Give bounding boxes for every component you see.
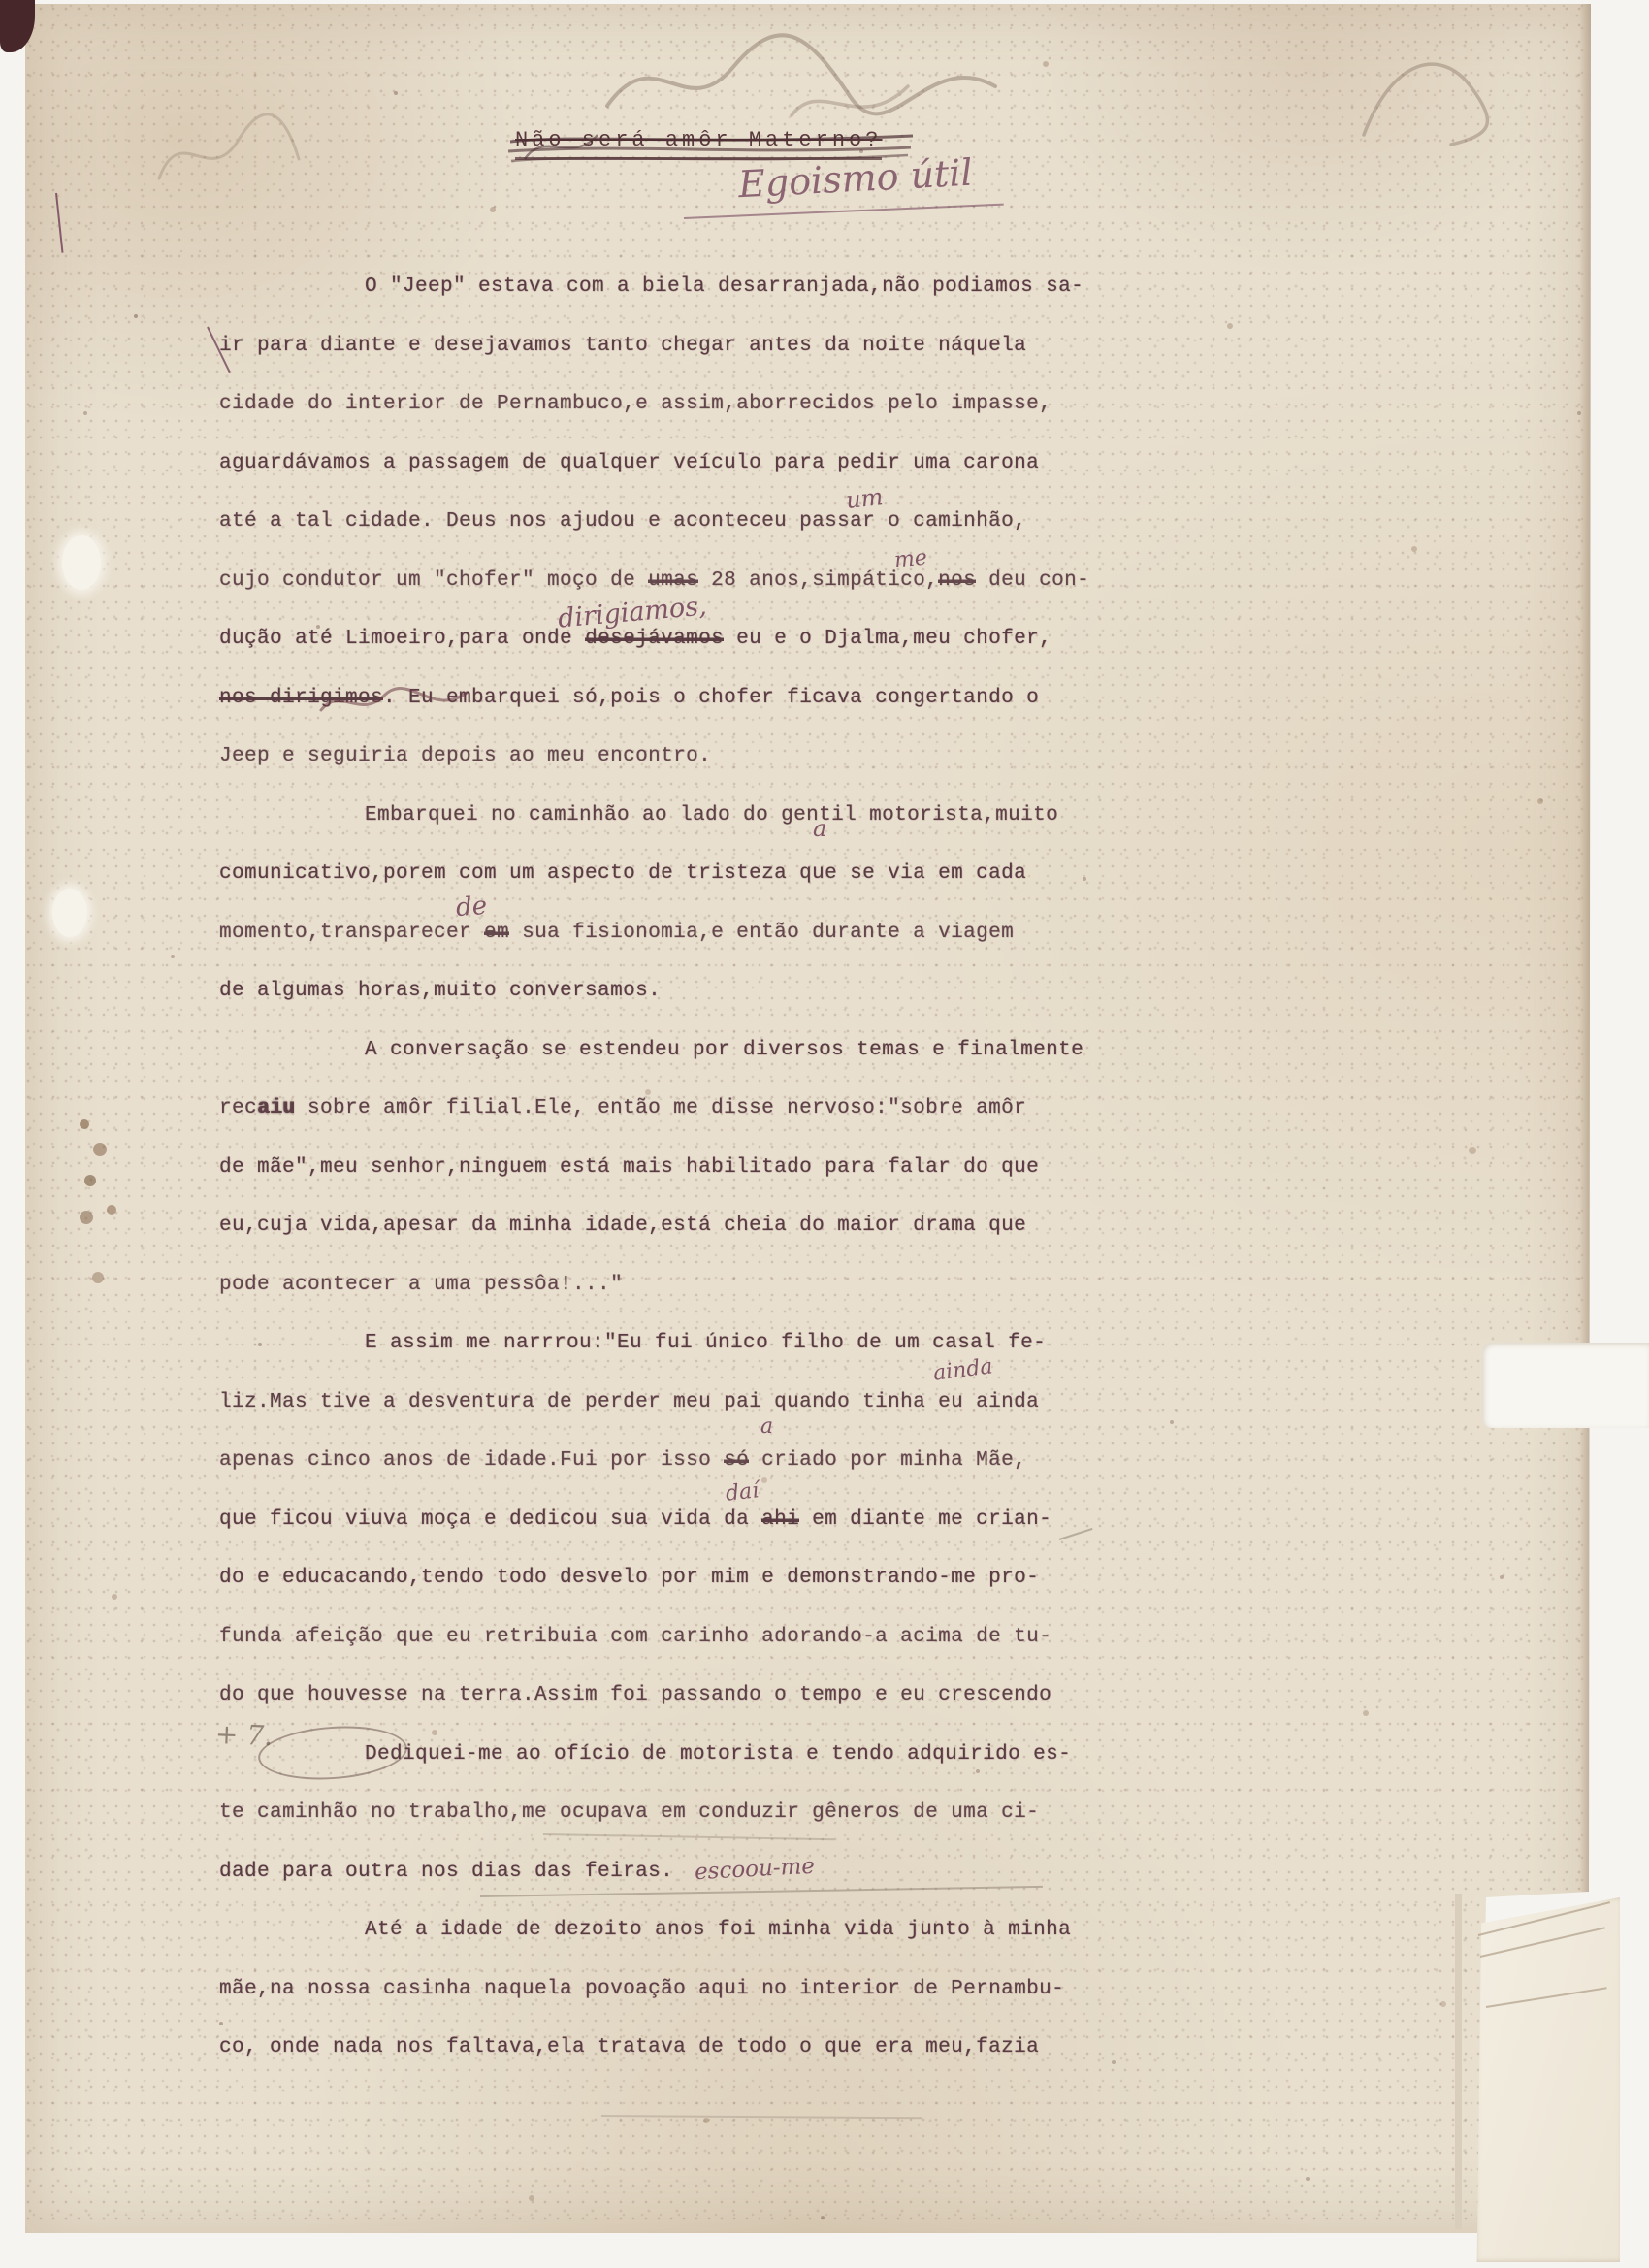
handwritten-note: de <box>455 891 488 923</box>
pencil-scribble-left <box>151 101 307 198</box>
typed-line: apenas cinco anos de idade.Fui por isso … <box>219 1432 1092 1491</box>
typed-line: recaiu sobre amôr filial.Ele, então me d… <box>219 1080 1092 1139</box>
handwritten-note: a <box>813 815 826 842</box>
handwritten-note: a <box>760 1414 773 1439</box>
white-patch <box>1482 1343 1649 1428</box>
handwritten-note: me <box>893 546 928 573</box>
pencil-scribble-top-right <box>1354 28 1500 154</box>
paper-hole <box>52 889 87 937</box>
title-scratch-marks <box>505 120 922 178</box>
pencil-line-mark <box>601 2115 921 2119</box>
typed-line: de algumas horas,muito conversamos. <box>219 962 1092 1021</box>
typed-line: eu,cuja vida,apesar da minha idade,está … <box>219 1197 1092 1256</box>
typed-line: do que houvesse na terra.Assim foi passa… <box>219 1667 1092 1726</box>
typed-line: te caminhão no trabalho,me ocupava em co… <box>219 1784 1092 1843</box>
paper-edge-shade <box>1579 4 1591 1892</box>
typed-line: que ficou viuva moça e dedicou sua vida … <box>219 1491 1092 1550</box>
typed-line: Até a idade de dezoito anos foi minha vi… <box>219 1901 1092 1960</box>
overtyped-word: aiu <box>257 1097 295 1119</box>
struck-word: umas <box>648 569 698 592</box>
ink-line-mark <box>55 193 63 253</box>
typed-line: momento,transparecer em sua fisionomia,e… <box>219 904 1092 963</box>
handwritten-note: um <box>845 483 885 514</box>
typed-line: cidade do interior de Pernambuco,e assim… <box>219 375 1092 435</box>
typed-line: Jeep e seguiria depois ao meu encontro. <box>219 728 1092 787</box>
torn-edge <box>1455 1894 1462 2229</box>
struck-word: desejávamos <box>585 628 724 650</box>
typed-line: O "Jeep" estava com a biela desarranjada… <box>219 258 1092 317</box>
typed-line: de mãe",meu senhor,ninguem está mais hab… <box>219 1139 1092 1198</box>
typed-text: O "Jeep" estava com a biela desarranjada… <box>219 258 1092 2078</box>
struck-word: só <box>724 1449 749 1472</box>
struck-word: em <box>484 922 509 944</box>
typed-line: pode acontecer a uma pessôa!..." <box>219 1256 1092 1315</box>
typed-line: comunicativo,porem com um aspecto de tri… <box>219 845 1092 904</box>
struck-word: ahi <box>761 1508 799 1531</box>
brown-stain-cluster <box>80 1119 89 1129</box>
typed-line: mãe,na nossa casinha naquela povoação aq… <box>219 1960 1092 2020</box>
typed-line: ir para diante e desejavamos tanto chega… <box>219 317 1092 376</box>
typed-line: aguardávamos a passagem de qualquer veíc… <box>219 435 1092 494</box>
typed-line: até a tal cidade. Deus nos ajudou e acon… <box>219 493 1092 552</box>
ink-line-mark <box>684 204 1004 219</box>
typed-line: do e educacando,tendo todo desvelo por m… <box>219 1549 1092 1608</box>
paper-hole <box>62 535 101 590</box>
paper-sheet: Não será amôr Materno? Egoismo útil O "J… <box>25 4 1591 2233</box>
typed-line: funda afeição que eu retribuia com carin… <box>219 1608 1092 1668</box>
typed-line: co, onde nada nos faltava,ela tratava de… <box>219 2019 1092 2078</box>
correction-scribble-line8 <box>316 681 471 728</box>
page-scan: Não será amôr Materno? Egoismo útil O "J… <box>0 0 1649 2268</box>
typed-line: Embarquei no caminhão ao lado do gentil … <box>219 787 1092 846</box>
struck-word: nos <box>938 569 976 592</box>
typed-line: A conversação se estendeu por diversos t… <box>219 1021 1092 1081</box>
handwritten-note: daí <box>725 1478 760 1506</box>
